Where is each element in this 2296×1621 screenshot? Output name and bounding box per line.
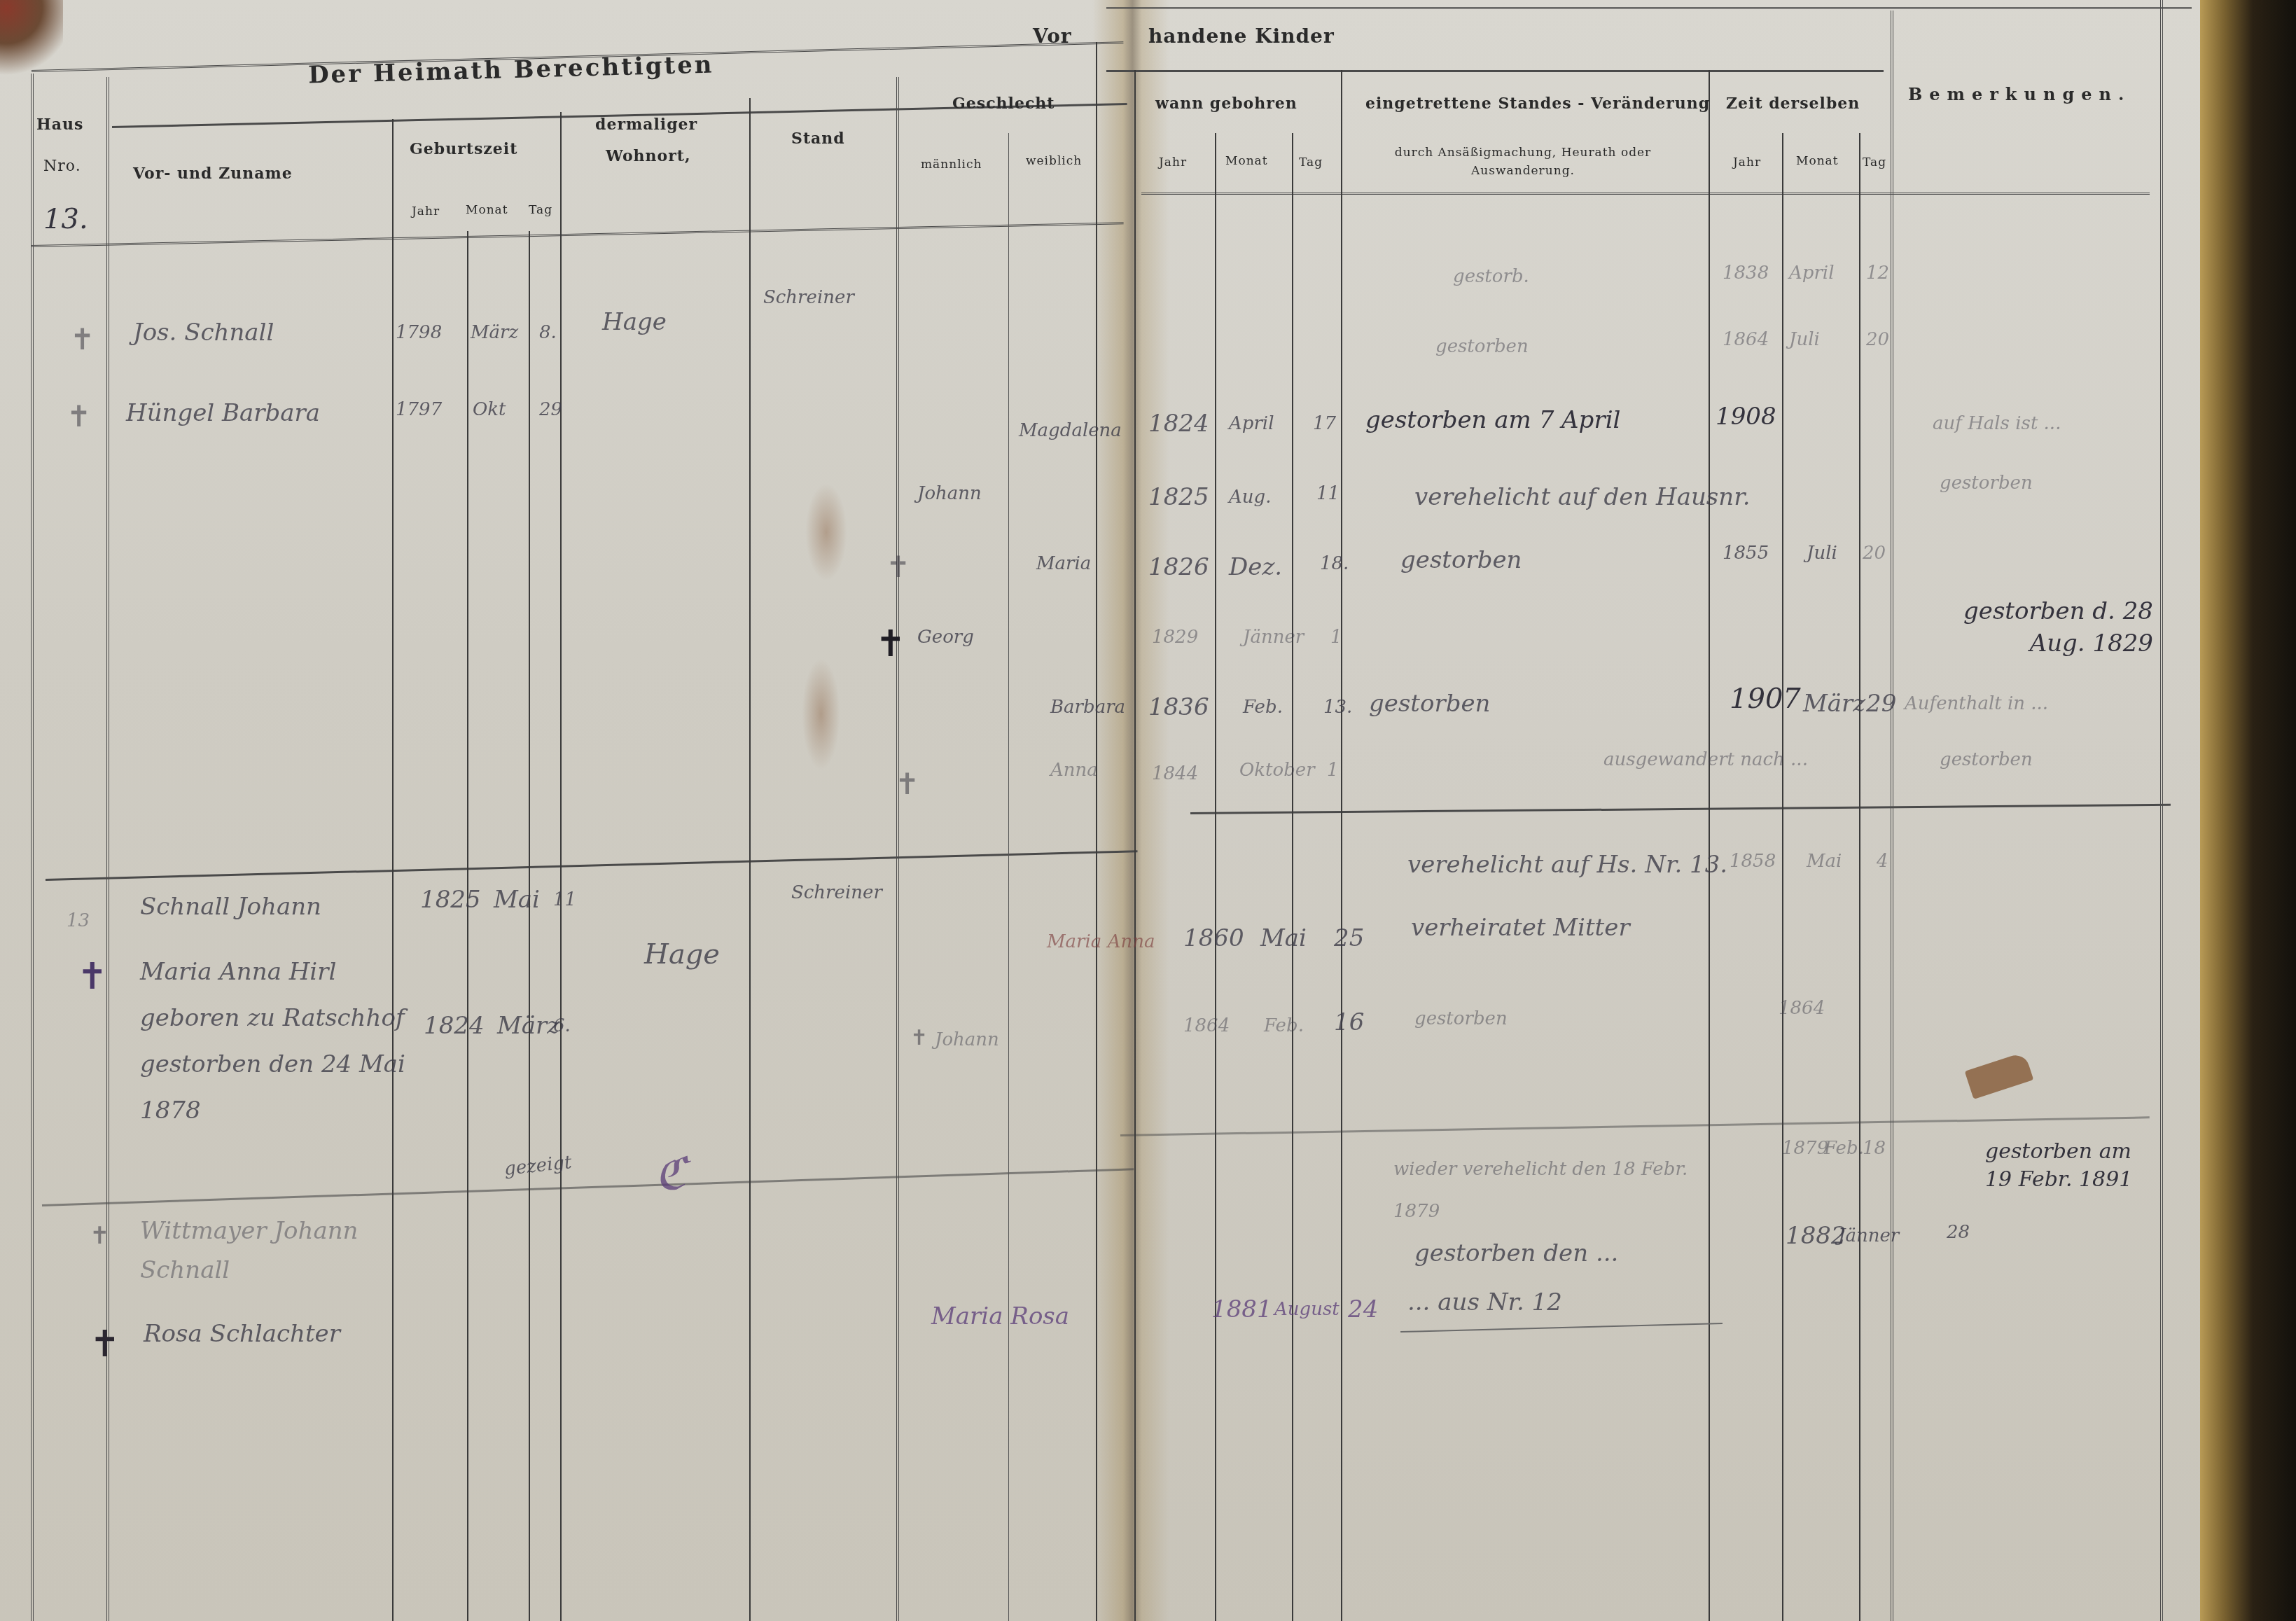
- parent-birth-day: 29: [539, 399, 562, 420]
- child-birth-day: 13.: [1323, 697, 1352, 718]
- parent-name: Maria Anna Hirl geboren zu Ratschhof ges…: [140, 949, 406, 1134]
- maennlich-rule: [1008, 133, 1009, 1621]
- child-status-change: verheiratet Mitter: [1411, 914, 1630, 942]
- parent-wohnort: Hage: [602, 308, 667, 336]
- child-birth-year: 1860: [1183, 924, 1244, 952]
- col-geburt-jahr: Jahr: [412, 204, 440, 218]
- parent-name: Wittmayer Johann Schnall: [140, 1211, 406, 1290]
- child-birth-year: 1864: [1183, 1015, 1230, 1036]
- col-geburt-monat: Monat: [466, 203, 508, 217]
- spanning-title-kinder: handene Kinder: [1148, 25, 1335, 48]
- parent-birth-year: 1797: [396, 399, 442, 420]
- parent-note-month: Feb.: [1824, 1138, 1864, 1159]
- child-birth-year: 1836: [1148, 693, 1209, 721]
- register-book-spread: Der Heimath Berechtigten Vor Haus Nro. 1…: [0, 0, 2296, 1621]
- child-female-name: Maria Rosa: [931, 1302, 1069, 1330]
- monat-rule: [529, 231, 530, 1621]
- parent-name: Hüngel Barbara: [126, 399, 320, 427]
- child-birth-month: Aug.: [1229, 487, 1271, 508]
- house-number-entry: 13: [67, 910, 90, 931]
- col-name-label: Vor- und Zuname: [133, 165, 293, 183]
- child-birth-year: 1829: [1152, 627, 1198, 648]
- col-weiblich: weiblich: [1026, 154, 1082, 168]
- child-birth-year: 1881: [1211, 1295, 1272, 1323]
- child-change-year: 1907: [1730, 683, 1801, 715]
- parent-note-year: 1858: [1730, 851, 1776, 872]
- child-birth-day: 11: [1316, 483, 1340, 504]
- col-kind-jahr: Jahr: [1159, 155, 1187, 169]
- death-cross-icon: ✝: [875, 623, 906, 665]
- col-haus-label: Haus: [36, 116, 83, 134]
- child-male-name: Johann: [935, 1029, 999, 1050]
- child-birth-month: Feb.: [1243, 697, 1283, 718]
- child-status-change: gestorben: [1369, 690, 1491, 718]
- child-remark: auf Hals ist ...: [1933, 413, 2061, 434]
- child-status-change: ... aus Nr. 12: [1407, 1288, 1562, 1316]
- child-birth-day: 24: [1348, 1295, 1378, 1323]
- col-nro-label: Nro.: [43, 158, 81, 175]
- col-wohnort-line1: dermaliger: [595, 116, 697, 134]
- paper-stain: [805, 483, 847, 581]
- left-outer-rule: [31, 74, 34, 1621]
- col-geburt-tag: Tag: [529, 203, 552, 217]
- parent-birth-year: 1798: [396, 322, 442, 343]
- geburtszeit-rule: [560, 112, 562, 1621]
- child-birth-day: 1: [1330, 627, 1342, 648]
- death-cross-icon: ✝: [90, 1222, 110, 1250]
- parent-note-day: 12: [1866, 263, 1889, 284]
- parent-birth-month: März: [497, 1012, 559, 1040]
- parent-note-year: 1838: [1723, 263, 1769, 284]
- col-kind-tag: Tag: [1299, 155, 1323, 169]
- parent-note-year: 1882: [1786, 1222, 1846, 1250]
- child-female-name: Maria: [1036, 553, 1091, 574]
- book-edge: [2200, 0, 2296, 1621]
- death-cross-icon: ✝: [886, 550, 910, 584]
- death-cross-icon: ✝: [70, 322, 95, 356]
- parent-birth-month: März: [471, 322, 518, 343]
- child-remark: gestorben: [1940, 473, 2033, 494]
- weiblich-rule: [1096, 42, 1097, 1621]
- corner-damage: [0, 0, 63, 77]
- col-stand-label: Stand: [791, 130, 845, 148]
- paper-stain: [802, 658, 840, 770]
- col-zeit-monat: Monat: [1796, 154, 1839, 168]
- parent-note: gestorben den ...: [1414, 1239, 1618, 1267]
- parent-wohnort: Hage: [644, 938, 720, 970]
- col-bemerkungen-label: Bemerkungen.: [1908, 84, 2131, 104]
- child-birth-day: 1: [1327, 760, 1339, 781]
- child-change-year: 1908: [1716, 403, 1776, 431]
- jahr-rule: [467, 231, 468, 1621]
- child-status-change: gestorben: [1400, 546, 1522, 574]
- child-male-name: Johann: [917, 483, 982, 504]
- parent-birth-month: Okt: [473, 399, 506, 420]
- parent-birth-month: Mai: [494, 886, 540, 914]
- parent-name: Schnall Johann: [140, 893, 321, 921]
- col-kind-monat: Monat: [1225, 154, 1268, 168]
- stand-rule: [896, 77, 899, 1621]
- signature-mark: ℭ: [655, 1148, 686, 1200]
- child-remark: gestorben d. 28 Aug. 1829: [1922, 595, 2153, 660]
- spanning-title-vor: Vor: [1033, 25, 1072, 48]
- child-birth-month: Feb.: [1264, 1015, 1304, 1036]
- zeit-monat-rule: [1859, 133, 1860, 1621]
- death-cross-icon: ✝: [67, 399, 91, 433]
- child-change-day: 20: [1863, 543, 1886, 564]
- parent-birth-day: 6.: [553, 1015, 571, 1036]
- top-rule-right: [1106, 7, 2192, 12]
- parent-note-month: Mai: [1807, 851, 1842, 872]
- parent-birth-day: 11: [553, 889, 576, 910]
- col-standes-sub: durch Ansäßigmachung, Heurath oder Auswa…: [1369, 144, 1677, 180]
- book-gutter: [1092, 0, 1169, 1621]
- parent-note-month: Jänner: [1838, 1225, 1899, 1246]
- child-birth-month: Dez.: [1229, 553, 1282, 581]
- child-change-year: 1864: [1779, 998, 1825, 1019]
- parent-remark: gestorben am 19 Febr. 1891: [1985, 1138, 2153, 1194]
- parent-birth-year: 1825: [420, 886, 481, 914]
- wann-geboren-rule: [1341, 70, 1342, 1621]
- child-change-month: Juli: [1807, 543, 1837, 564]
- parent-name: Jos. Schnall: [133, 319, 274, 347]
- standes-rule: [1709, 70, 1710, 1621]
- parent-birth-year: 1824: [424, 1012, 485, 1040]
- child-birth-year: 1826: [1148, 553, 1209, 581]
- child-status-change: verehelicht auf den Hausnr.: [1414, 483, 1751, 511]
- zeit-jahr-rule: [1782, 133, 1783, 1621]
- child-birth-month: April: [1229, 413, 1274, 434]
- child-birth-month: August: [1274, 1299, 1340, 1320]
- parent-note: gestorb.: [1453, 266, 1529, 287]
- child-jahr-rule: [1215, 133, 1216, 1621]
- child-male-name: Georg: [917, 627, 974, 648]
- bemerkungen-left-rule: [1891, 11, 1893, 1621]
- child-status-change: gestorben: [1414, 1008, 1508, 1029]
- col-standes-label: eingetrettene Standes - Veränderung: [1365, 95, 1710, 113]
- parent-note: wieder verehelicht den 18 Febr. 1879: [1393, 1148, 1695, 1232]
- name-rule: [392, 119, 394, 1621]
- child-status-change: ausgewandert nach ...: [1603, 749, 1808, 770]
- parent-note-day: 20: [1866, 329, 1889, 350]
- child-remark: gestorben: [1940, 749, 2033, 770]
- child-birth-month: Mai: [1260, 924, 1307, 952]
- col-zeit-tag: Tag: [1863, 155, 1886, 169]
- death-cross-icon: ✝: [910, 1026, 928, 1050]
- parent-name: Rosa Schlachter: [144, 1320, 340, 1348]
- child-birth-day: 17: [1313, 413, 1336, 434]
- right-page: [1129, 0, 2200, 1621]
- col-wann-geboren-label: wann gebohren: [1155, 95, 1297, 113]
- parent-note-day: 18: [1863, 1138, 1886, 1159]
- parent-birth-day: 8.: [539, 322, 557, 343]
- parent-note-day: 4: [1877, 851, 1888, 872]
- parent-note-year: 1864: [1723, 329, 1769, 350]
- child-birth-day: 16: [1334, 1008, 1364, 1036]
- bemerkungen-right-rule: [2160, 0, 2163, 1621]
- col-geburtszeit-label: Geburtszeit: [410, 140, 517, 158]
- parent-stand: Schreiner: [763, 287, 854, 308]
- child-female-name: Anna: [1050, 760, 1098, 781]
- child-female-name: Maria Anna: [1047, 931, 1155, 952]
- haus-nro-rule: [106, 77, 109, 1621]
- child-birth-day: 25: [1334, 924, 1364, 952]
- child-remark: Aufenthalt in ...: [1905, 693, 2048, 714]
- col-zeit-derselben-label: Zeit derselben: [1726, 95, 1860, 113]
- child-birth-year: 1844: [1152, 763, 1198, 784]
- title-rule-right: [1106, 70, 1884, 72]
- death-cross-icon: ✝: [895, 767, 919, 801]
- wohnort-rule: [749, 98, 751, 1621]
- child-birth-year: 1824: [1148, 410, 1209, 438]
- child-birth-year: 1825: [1148, 483, 1209, 511]
- parent-note: gestorben: [1435, 336, 1529, 357]
- child-change-day: 29: [1866, 690, 1896, 718]
- parent-stand: Schreiner: [791, 882, 882, 903]
- death-cross-icon: ✝: [77, 956, 108, 998]
- parent-note-month: Juli: [1789, 329, 1820, 350]
- col-zeit-jahr: Jahr: [1733, 155, 1761, 169]
- parent-note-day: 28: [1947, 1222, 1970, 1243]
- child-birth-month: Oktober: [1239, 760, 1315, 781]
- child-birth-month: Jänner: [1243, 627, 1304, 648]
- parent-note: verehelicht auf Hs. Nr. 13.: [1407, 851, 1727, 879]
- child-change-month: März: [1803, 690, 1865, 718]
- child-status-change: gestorben am 7 April: [1365, 406, 1620, 434]
- child-change-year: 1855: [1723, 543, 1769, 564]
- child-birth-day: 18.: [1320, 553, 1349, 574]
- child-monat-rule: [1292, 133, 1293, 1621]
- col-geschlecht-label: Geschlecht: [952, 95, 1055, 113]
- parent-note-month: April: [1789, 263, 1834, 284]
- parent-note-year: 1879: [1782, 1138, 1828, 1159]
- death-cross-icon: ✝: [90, 1323, 120, 1365]
- col-maennlich: männlich: [921, 158, 982, 172]
- col-wohnort-line2: Wohnort,: [606, 147, 691, 165]
- house-number: 13.: [43, 203, 88, 235]
- child-female-name: Barbara: [1050, 697, 1125, 718]
- child-female-name: Magdalena: [1019, 420, 1122, 441]
- right-inner-rule: [1134, 70, 1136, 1621]
